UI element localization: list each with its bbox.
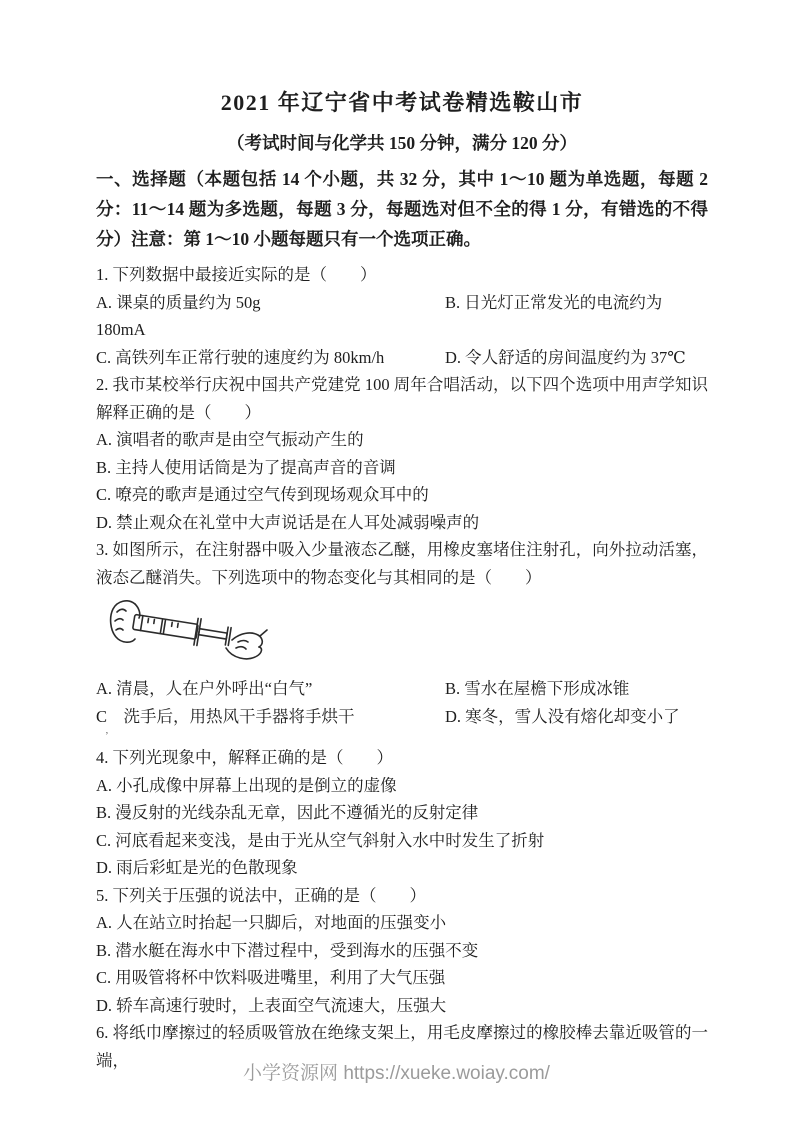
question-3-stem: 3. 如图所示，在注射器中吸入少量液态乙醚，用橡皮塞堵住注射孔，向外拉动活塞，液…: [96, 536, 708, 591]
question-1-option-a: A. 课桌的质量约为 50g: [96, 293, 261, 312]
question-2-option-a: A. 演唱者的歌声是由空气振动产生的: [96, 426, 708, 454]
syringe-figure: [104, 595, 269, 673]
section-header: 一、选择题（本题包括 14 个小题，共 32 分，其中 1～10 题为单选题，每…: [96, 164, 708, 254]
question-2: 2. 我市某校举行庆祝中国共产党建党 100 周年合唱活动，以下四个选项中用声学…: [96, 371, 708, 536]
question-3-option-row-cd: C 洗手后，用热风干手器将手烘干 D. 寒冬，雪人没有熔化却变小了: [96, 703, 708, 731]
exam-meta: （考试时间与化学共 150 分钟，满分 120 分）: [96, 131, 708, 155]
question-1: 1. 下列数据中最接近实际的是（ ） A. 课桌的质量约为 50g B. 日光灯…: [96, 261, 708, 371]
question-4-option-a: A. 小孔成像中屏幕上出现的是倒立的虚像: [96, 772, 708, 800]
question-1-option-d: D. 令人舒适的房间温度约为 37℃: [445, 344, 686, 372]
question-4-option-d: D. 雨后彩虹是光的色散现象: [96, 854, 708, 882]
question-1-option-b-wrap: 180mA: [96, 316, 708, 344]
question-5-option-d: D. 轿车高速行驶时，上表面空气流速大，压强大: [96, 992, 708, 1020]
footer-text: 小学资源网 https://xueke.woiay.com/: [243, 1063, 550, 1084]
question-1-stem: 1. 下列数据中最接近实际的是（ ）: [96, 261, 708, 289]
question-2-option-d: D. 禁止观众在礼堂中大声说话是在人耳处减弱噪声的: [96, 509, 708, 537]
question-3-option-a: A. 清晨，人在户外呼出“白气”: [96, 679, 312, 698]
question-1-option-row-cd: C. 高铁列车正常行驶的速度约为 80km/h D. 令人舒适的房间温度约为 3…: [96, 344, 708, 372]
footer-watermark: 小学资源网 https://xueke.woiay.com/: [0, 1058, 793, 1085]
question-3-option-row-ab: A. 清晨，人在户外呼出“白气” B. 雪水在屋檐下形成冰锥: [96, 675, 708, 703]
scan-artifact: ’: [96, 730, 708, 744]
question-3: 3. 如图所示，在注射器中吸入少量液态乙醚，用橡皮塞堵住注射孔，向外拉动活塞，液…: [96, 536, 708, 744]
question-5-stem: 5. 下列关于压强的说法中，正确的是（ ）: [96, 882, 708, 910]
exam-page: 2021 年辽宁省中考试卷精选鞍山市 （考试时间与化学共 150 分钟，满分 1…: [0, 0, 793, 1122]
exam-content: 2021 年辽宁省中考试卷精选鞍山市 （考试时间与化学共 150 分钟，满分 1…: [96, 88, 708, 1074]
question-3-figure: [104, 595, 708, 673]
question-5-option-b: B. 潜水艇在海水中下潜过程中，受到海水的压强不变: [96, 937, 708, 965]
question-1-option-b: B. 日光灯正常发光的电流约为: [445, 289, 662, 317]
question-1-option-row-ab: A. 课桌的质量约为 50g B. 日光灯正常发光的电流约为: [96, 289, 708, 317]
question-5: 5. 下列关于压强的说法中，正确的是（ ） A. 人在站立时抬起一只脚后，对地面…: [96, 882, 708, 1020]
question-2-option-c: C. 嘹亮的歌声是通过空气传到现场观众耳中的: [96, 481, 708, 509]
question-5-option-c: C. 用吸管将杯中饮料吸进嘴里，利用了大气压强: [96, 964, 708, 992]
question-2-option-b: B. 主持人使用话筒是为了提高声音的音调: [96, 454, 708, 482]
question-3-option-c: C 洗手后，用热风干手器将手烘干: [96, 707, 355, 726]
question-3-option-d: D. 寒冬，雪人没有熔化却变小了: [445, 703, 680, 731]
question-4-option-c: C. 河底看起来变浅，是由于光从空气斜射入水中时发生了折射: [96, 827, 708, 855]
question-list: 1. 下列数据中最接近实际的是（ ） A. 课桌的质量约为 50g B. 日光灯…: [96, 261, 708, 1074]
question-4: 4. 下列光现象中，解释正确的是（ ） A. 小孔成像中屏幕上出现的是倒立的虚像…: [96, 744, 708, 882]
question-1-option-c: C. 高铁列车正常行驶的速度约为 80km/h: [96, 348, 384, 367]
question-5-option-a: A. 人在站立时抬起一只脚后，对地面的压强变小: [96, 909, 708, 937]
question-2-stem: 2. 我市某校举行庆祝中国共产党建党 100 周年合唱活动，以下四个选项中用声学…: [96, 371, 708, 426]
question-4-option-b: B. 漫反射的光线杂乱无章，因此不遵循光的反射定律: [96, 799, 708, 827]
question-4-stem: 4. 下列光现象中，解释正确的是（ ）: [96, 744, 708, 772]
page-title: 2021 年辽宁省中考试卷精选鞍山市: [96, 88, 708, 118]
question-3-option-b: B. 雪水在屋檐下形成冰锥: [445, 675, 629, 703]
